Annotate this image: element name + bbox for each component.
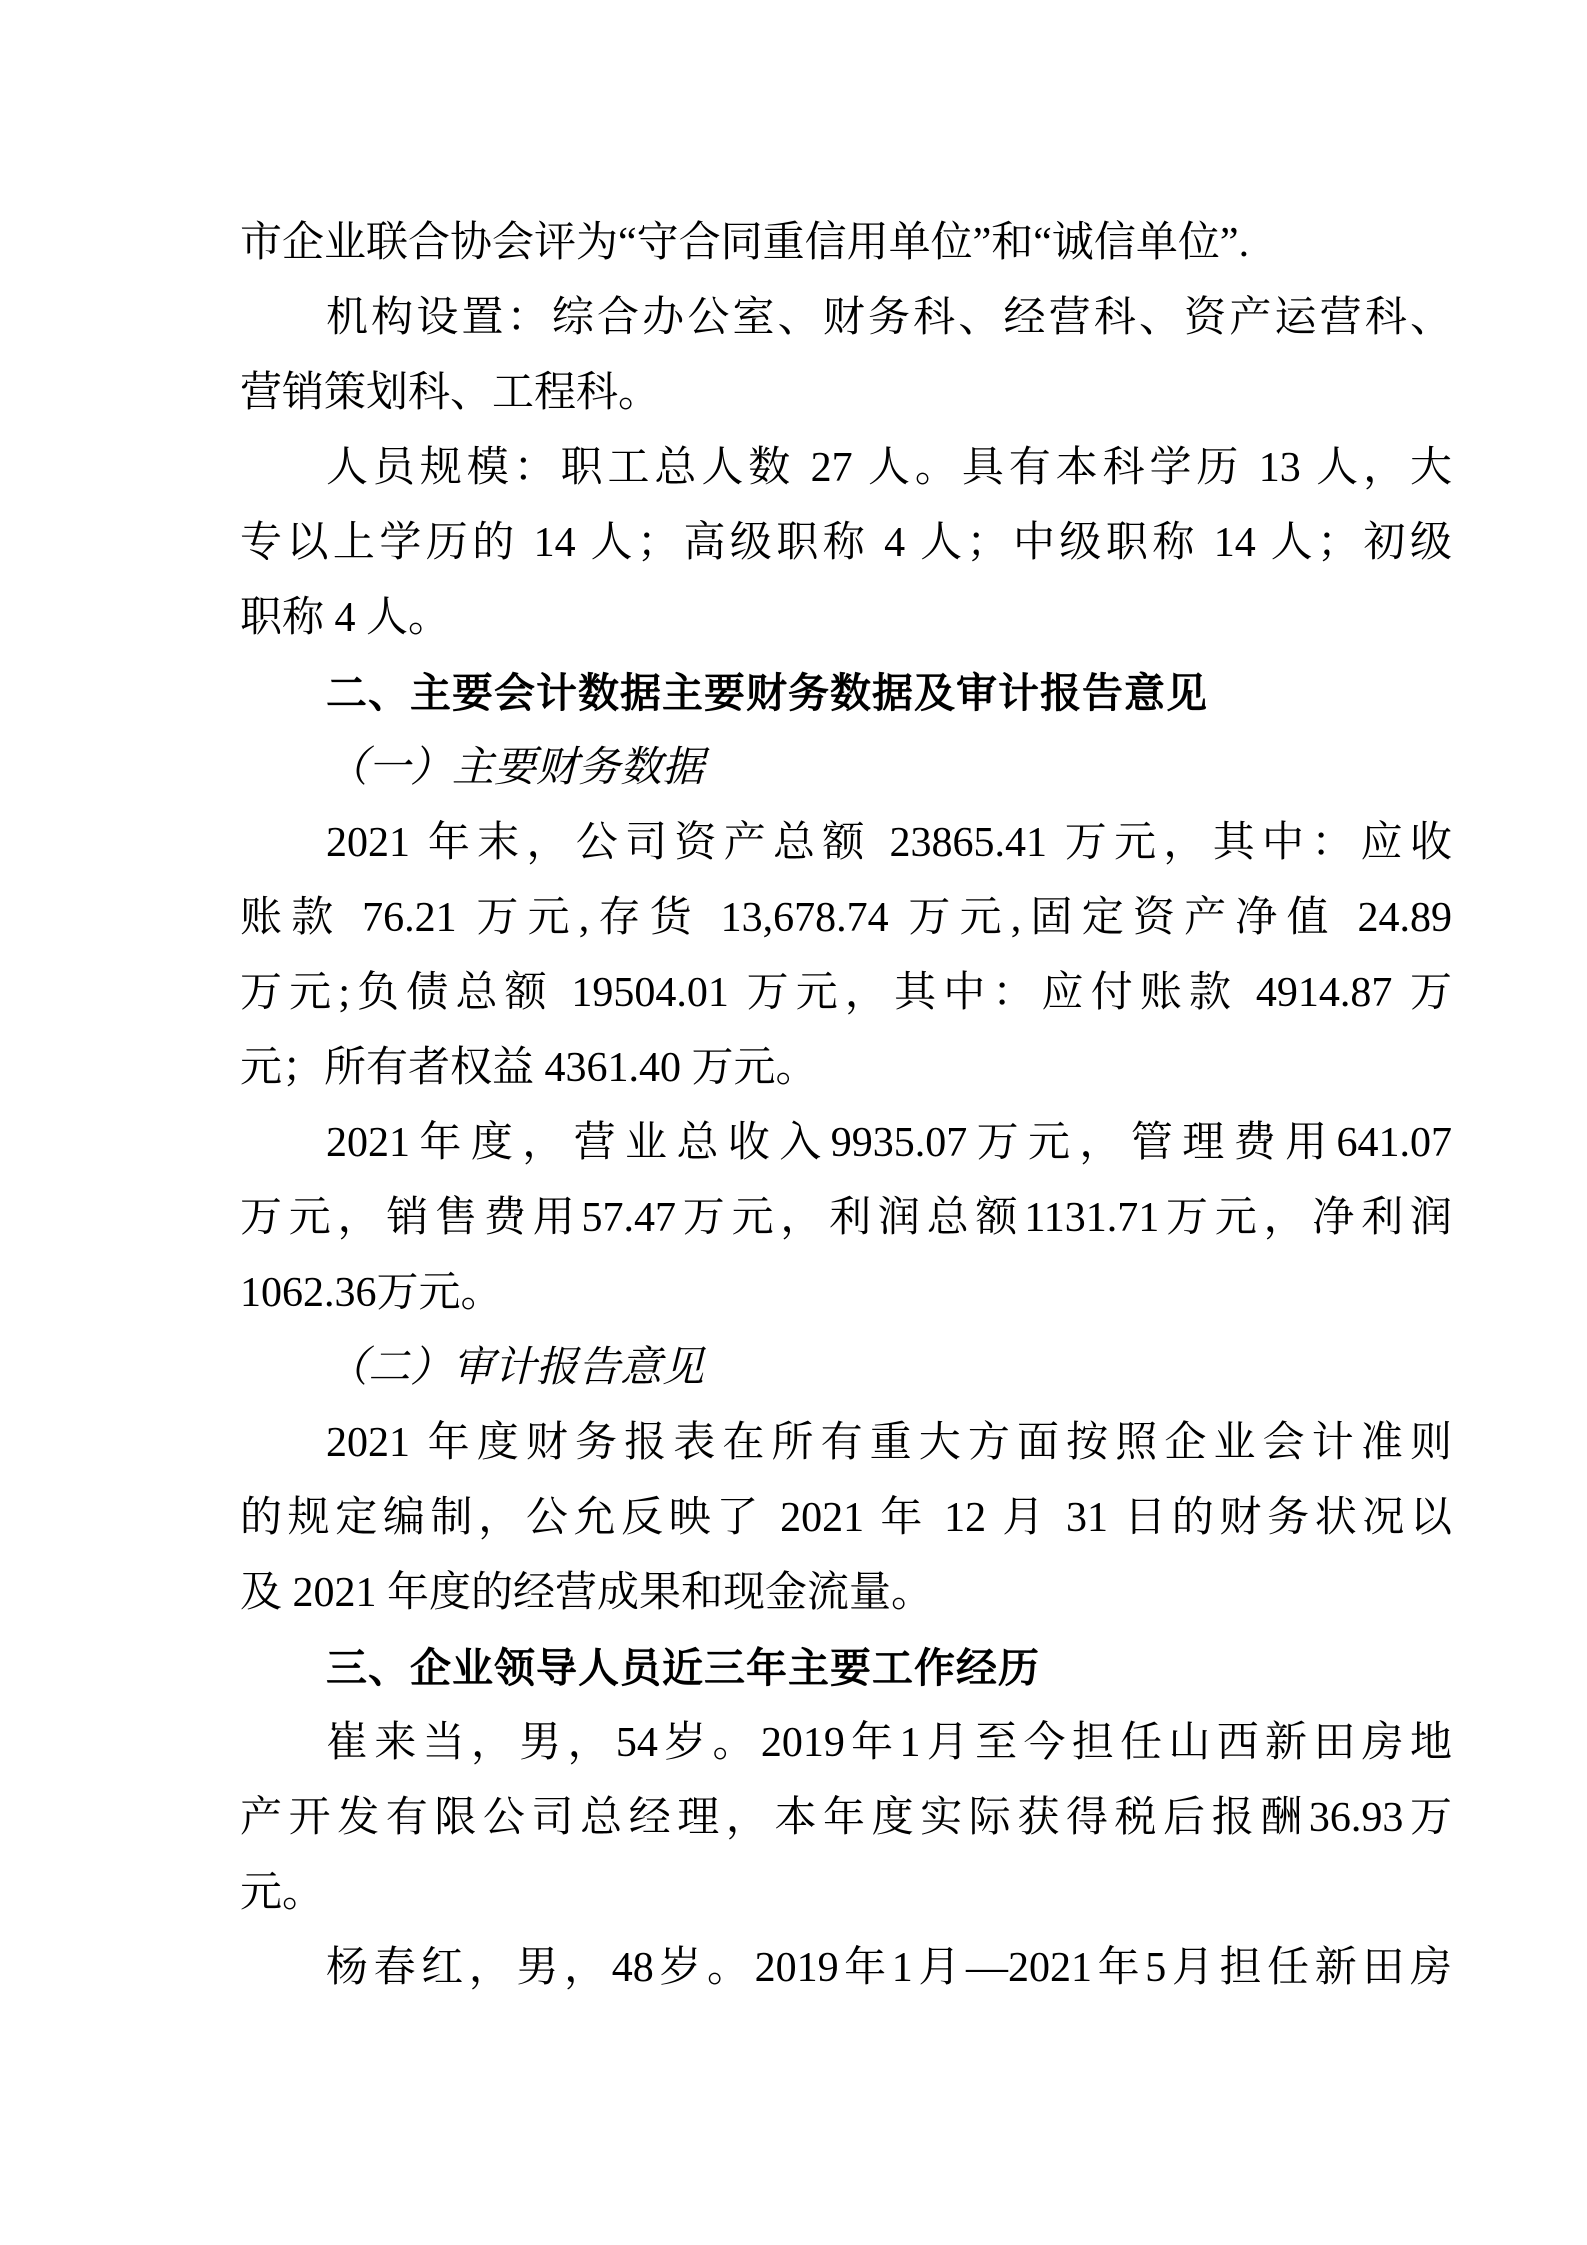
sub-heading: （二）审计报告意见 [240,1331,1452,1406]
text-line: 杨春红，男，48岁。2019年1月—2021年5月担任新田房 [240,1931,1452,2006]
text-line: 账款 76.21 万元,存货 13,678.74 万元,固定资产净值 24.89 [240,881,1452,956]
text-line: 2021 年末，公司资产总额 23865.41 万元，其中：应收 [240,806,1452,881]
text-line: 万元;负债总额 19504.01 万元，其中：应付账款 4914.87 万 [240,956,1452,1031]
text-line: 及 2021 年度的经营成果和现金流量。 [240,1556,1452,1631]
text-line: 营销策划科、工程科。 [240,356,1452,431]
text-line: 职称 4 人。 [240,581,1452,656]
text-line: 机构设置：综合办公室、财务科、经营科、资产运营科、 [240,281,1452,356]
text-line: 崔来当，男，54岁。2019年1月至今担任山西新田房地 [240,1706,1452,1781]
text-line: 1062.36万元。 [240,1256,1452,1331]
text-line: 元。 [240,1856,1452,1931]
text-line: 2021 年度财务报表在所有重大方面按照企业会计准则 [240,1406,1452,1481]
text-line: 万元，销售费用57.47万元，利润总额1131.71万元，净利润 [240,1181,1452,1256]
document-body: 市企业联合协会评为“守合同重信用单位”和“诚信单位”.机构设置：综合办公室、财务… [240,206,1452,2006]
text-line: 市企业联合协会评为“守合同重信用单位”和“诚信单位”. [240,206,1452,281]
document-page: 市企业联合协会评为“守合同重信用单位”和“诚信单位”.机构设置：综合办公室、财务… [0,0,1587,2245]
section-heading: 三、企业领导人员近三年主要工作经历 [240,1631,1452,1706]
text-line: 专以上学历的 14 人；高级职称 4 人；中级职称 14 人；初级 [240,506,1452,581]
text-line: 的规定编制，公允反映了 2021 年 12 月 31 日的财务状况以 [240,1481,1452,1556]
text-line: 2021年度，营业总收入9935.07万元，管理费用641.07 [240,1106,1452,1181]
text-line: 产开发有限公司总经理，本年度实际获得税后报酬36.93万 [240,1781,1452,1856]
text-line: 元；所有者权益 4361.40 万元。 [240,1031,1452,1106]
sub-heading: （一）主要财务数据 [240,731,1452,806]
text-line: 人员规模：职工总人数 27 人。具有本科学历 13 人，大 [240,431,1452,506]
section-heading: 二、主要会计数据主要财务数据及审计报告意见 [240,656,1452,731]
